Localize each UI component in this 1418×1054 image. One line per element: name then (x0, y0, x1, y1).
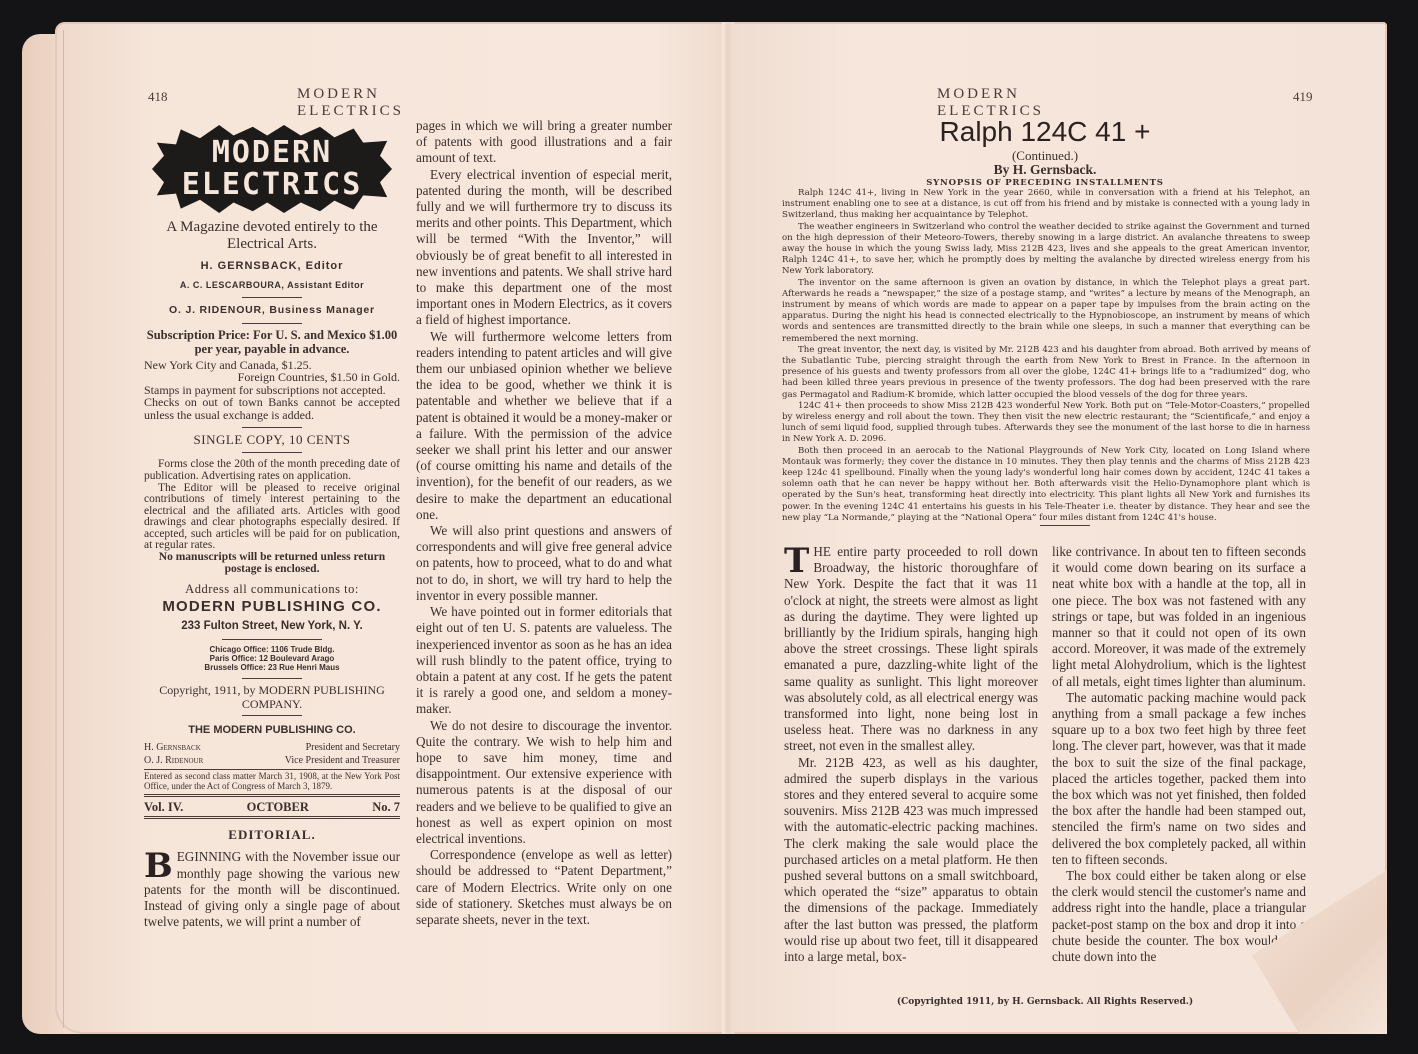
subscription-price: Subscription Price: For U. S. and Mexico… (144, 328, 400, 356)
officer-row: H. GernsbackPresident and Secretary (144, 741, 400, 754)
synopsis-paragraph: Both then proceed in an aerocab to the N… (782, 446, 1310, 524)
story-column-1: THE entire party proceeded to roll down … (784, 544, 1038, 965)
synopsis-paragraph: 124C 41+ then proceeds to show Miss 212B… (782, 401, 1310, 446)
publisher-address: 233 Fulton Street, New York, N. Y. (144, 618, 400, 634)
officer-name: O. J. Ridenour (144, 754, 203, 767)
drop-cap-t: T (784, 546, 809, 576)
officer-role: Vice President and Treasurer (285, 754, 400, 767)
synopsis-end-rule (1040, 525, 1090, 526)
checks-note: Checks on out of town Banks cannot be ac… (144, 396, 400, 421)
magazine-logo: MODERN ELECTRICS (152, 125, 392, 213)
office-brussels: Brussels Office: 23 Rue Henri Maus (144, 663, 400, 672)
logo-line-1: MODERN (212, 137, 332, 169)
company-heading: THE MODERN PUBLISHING CO. (144, 722, 400, 738)
office-chicago: Chicago Office: 1106 Trude Bldg. (144, 645, 400, 654)
notices-block: Forms close the 20th of the month preced… (144, 459, 400, 575)
drop-cap-b: B (144, 851, 173, 881)
story-title: Ralph 124C 41 + (775, 116, 1315, 148)
editorial-column-2: pages in which we will bring a greater n… (416, 118, 672, 928)
divider (242, 452, 302, 453)
page-number-left: 418 (148, 89, 168, 105)
rates-block: New York City and Canada, $1.25. Foreign… (144, 359, 400, 422)
copyright-footer: (Copyrighted 1911, by H. Gernsback. All … (835, 997, 1255, 1007)
byline: By H. Gernsback. (775, 162, 1315, 178)
divider (222, 639, 322, 640)
divider (242, 678, 302, 679)
editorial-text: EGINNING with the November issue our mon… (144, 849, 400, 929)
office-paris: Paris Office: 12 Boulevard Arago (144, 654, 400, 663)
spine-gutter (722, 22, 734, 1034)
synopsis-paragraph: The great inventor, the next day, is vis… (782, 345, 1310, 401)
running-head-right: MODERN ELECTRICS (937, 86, 1044, 120)
story-paragraph: Mr. 212B 423, as well as his daughter, a… (784, 755, 1038, 966)
synopsis-heading: SYNOPSIS OF PRECEDING INSTALLMENTS (775, 178, 1315, 188)
officers-list: H. GernsbackPresident and Secretary O. J… (144, 741, 400, 767)
postal-entry-note: Entered as second class matter March 31,… (144, 769, 400, 791)
editorial-first-paragraph: BEGINNING with the November issue our mo… (144, 849, 400, 930)
page-number-right: 419 (1293, 89, 1313, 105)
story-paragraph: The automatic packing machine would pack… (1052, 690, 1306, 868)
officer-role: President and Secretary (306, 741, 400, 754)
story-first-paragraph: THE entire party proceeded to roll down … (784, 544, 1038, 755)
editor-credit: H. GERNSBACK, Editor (144, 258, 400, 274)
story-column-2: like contrivance. In about ten to fiftee… (1052, 544, 1306, 965)
synopsis-paragraph: The weather engineers in Switzerland who… (782, 222, 1310, 278)
synopsis-paragraph: The inventor on the same afternoon is gi… (782, 278, 1310, 345)
synopsis-block: Ralph 124C 41+, living in New York in th… (782, 188, 1310, 524)
officer-row: O. J. RidenourVice President and Treasur… (144, 754, 400, 767)
divider (242, 427, 302, 428)
forms-close-note: Forms close the 20th of the month preced… (144, 459, 400, 482)
issue-number: No. 7 (372, 799, 400, 815)
divider (242, 323, 302, 324)
editorial-paragraph: We will also print questions and answers… (416, 523, 672, 604)
logo-line-2: ELECTRICS (182, 169, 363, 201)
synopsis-paragraph: Ralph 124C 41+, living in New York in th… (782, 188, 1310, 222)
editorial-paragraph: pages in which we will bring a greater n… (416, 118, 672, 167)
running-head-left: MODERN ELECTRICS (297, 86, 404, 120)
divider (242, 297, 302, 298)
tagline: A Magazine devoted entirely to the Elect… (144, 219, 400, 253)
editorial-paragraph: Every electrical invention of especial m… (416, 167, 672, 329)
assistant-editor-credit: A. C. LESCARBOURA, Assistant Editor (144, 277, 400, 293)
editorial-heading: EDITORIAL. (144, 827, 400, 843)
editor-note: The Editor will be pleased to receive or… (144, 483, 400, 553)
publisher-name: MODERN PUBLISHING CO. (144, 599, 400, 615)
manuscripts-note: No manuscripts will be returned unless r… (144, 552, 400, 575)
story-paragraph: like contrivance. In about ten to fiftee… (1052, 544, 1306, 690)
copyright-notice: Copyright, 1911, by MODERN PUBLISHING CO… (144, 683, 400, 711)
officer-name: H. Gernsback (144, 741, 201, 754)
volume-number: Vol. IV. (144, 799, 183, 815)
editorial-paragraph: We have pointed out in former editorials… (416, 604, 672, 717)
story-text: HE entire party proceeded to roll down B… (784, 544, 1038, 753)
masthead-column: MODERN ELECTRICS A Magazine devoted enti… (144, 125, 400, 930)
foreign-rate: Foreign Countries, $1.50 in Gold. (144, 371, 400, 384)
issue-month: OCTOBER (247, 799, 309, 815)
single-copy-price: SINGLE COPY, 10 CENTS (144, 432, 400, 448)
branch-offices: Chicago Office: 1106 Trude Bldg. Paris O… (144, 645, 400, 672)
issue-line: Vol. IV. OCTOBER No. 7 (144, 794, 400, 819)
address-intro: Address all communications to: (144, 581, 400, 597)
magazine-spread: 418 MODERN ELECTRICS MODERN ELECTRICS A … (55, 22, 1387, 1034)
business-manager-credit: O. J. RIDENOUR, Business Manager (144, 302, 400, 318)
editorial-paragraph: We will furthermore welcome letters from… (416, 329, 672, 523)
editorial-paragraph: Correspondence (envelope as well as lett… (416, 847, 672, 928)
divider (242, 715, 302, 716)
editorial-paragraph: We do not desire to discourage the inven… (416, 718, 672, 848)
